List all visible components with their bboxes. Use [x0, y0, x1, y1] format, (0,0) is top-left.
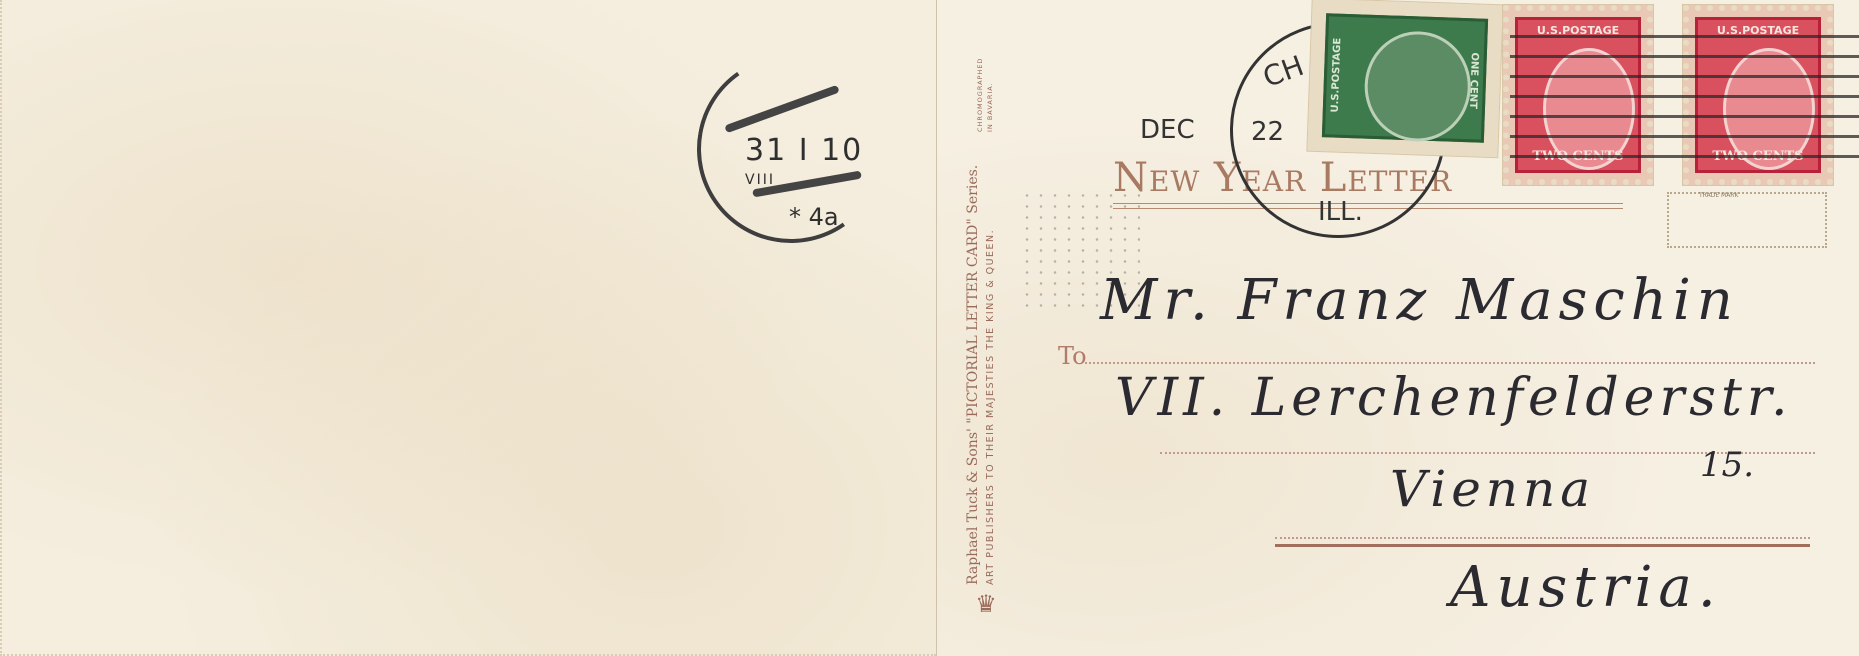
vienna-arrival-postmark: 31 I 10 VIII * 4a: [697, 55, 897, 255]
postmark-code: * 4a: [789, 203, 839, 231]
postmark-city: CH: [1259, 49, 1308, 94]
perforated-edge: [0, 0, 6, 656]
machine-cancel-lines: [1510, 18, 1859, 158]
address-city: Vienna: [1390, 460, 1595, 518]
address-line: [1085, 362, 1815, 364]
postmark-month: DEC: [1140, 115, 1195, 145]
address-line: [1275, 537, 1810, 539]
trade-mark-label: TRADE MARK: [1699, 192, 1738, 199]
stamp-frame: U.S.POSTAGE ONE CENT: [1322, 13, 1488, 143]
stamp-value: ONE CENT: [1461, 31, 1480, 129]
postmark-state: ILL.: [1318, 197, 1363, 227]
chromographed-note: CHROMOGRAPHED IN BAVARIA.: [975, 58, 995, 132]
postmark-date: 31 I 10 VIII: [745, 133, 897, 203]
stamp-label: U.S.POSTAGE: [1329, 26, 1348, 124]
postmark-day: 22: [1251, 117, 1284, 147]
portrait-oval: [1363, 30, 1473, 144]
tuck-logo-icon: ♛: [968, 590, 1004, 630]
to-label: To: [1058, 342, 1087, 370]
card-back-panel: 31 I 10 VIII * 4a: [0, 0, 937, 656]
stamp-one-cent: U.S.POSTAGE ONE CENT: [1307, 0, 1502, 157]
publisher-subline: ART PUBLISHERS TO THEIR MAJESTIES THE KI…: [985, 229, 996, 585]
stamp-placement-box: TRADE MARK: [1667, 192, 1827, 248]
perforated-edge: [0, 650, 936, 656]
address-country: Austria.: [1450, 555, 1722, 620]
address-number: 15.: [1700, 445, 1754, 485]
address-street: VII. Lerchenfelderstr.: [1115, 368, 1793, 428]
address-rule: [1275, 544, 1810, 547]
address-name: Mr. Franz Maschin: [1100, 268, 1739, 333]
publisher-line: Raphael Tuck & Sons' "PICTORIAL LETTER C…: [965, 165, 981, 585]
